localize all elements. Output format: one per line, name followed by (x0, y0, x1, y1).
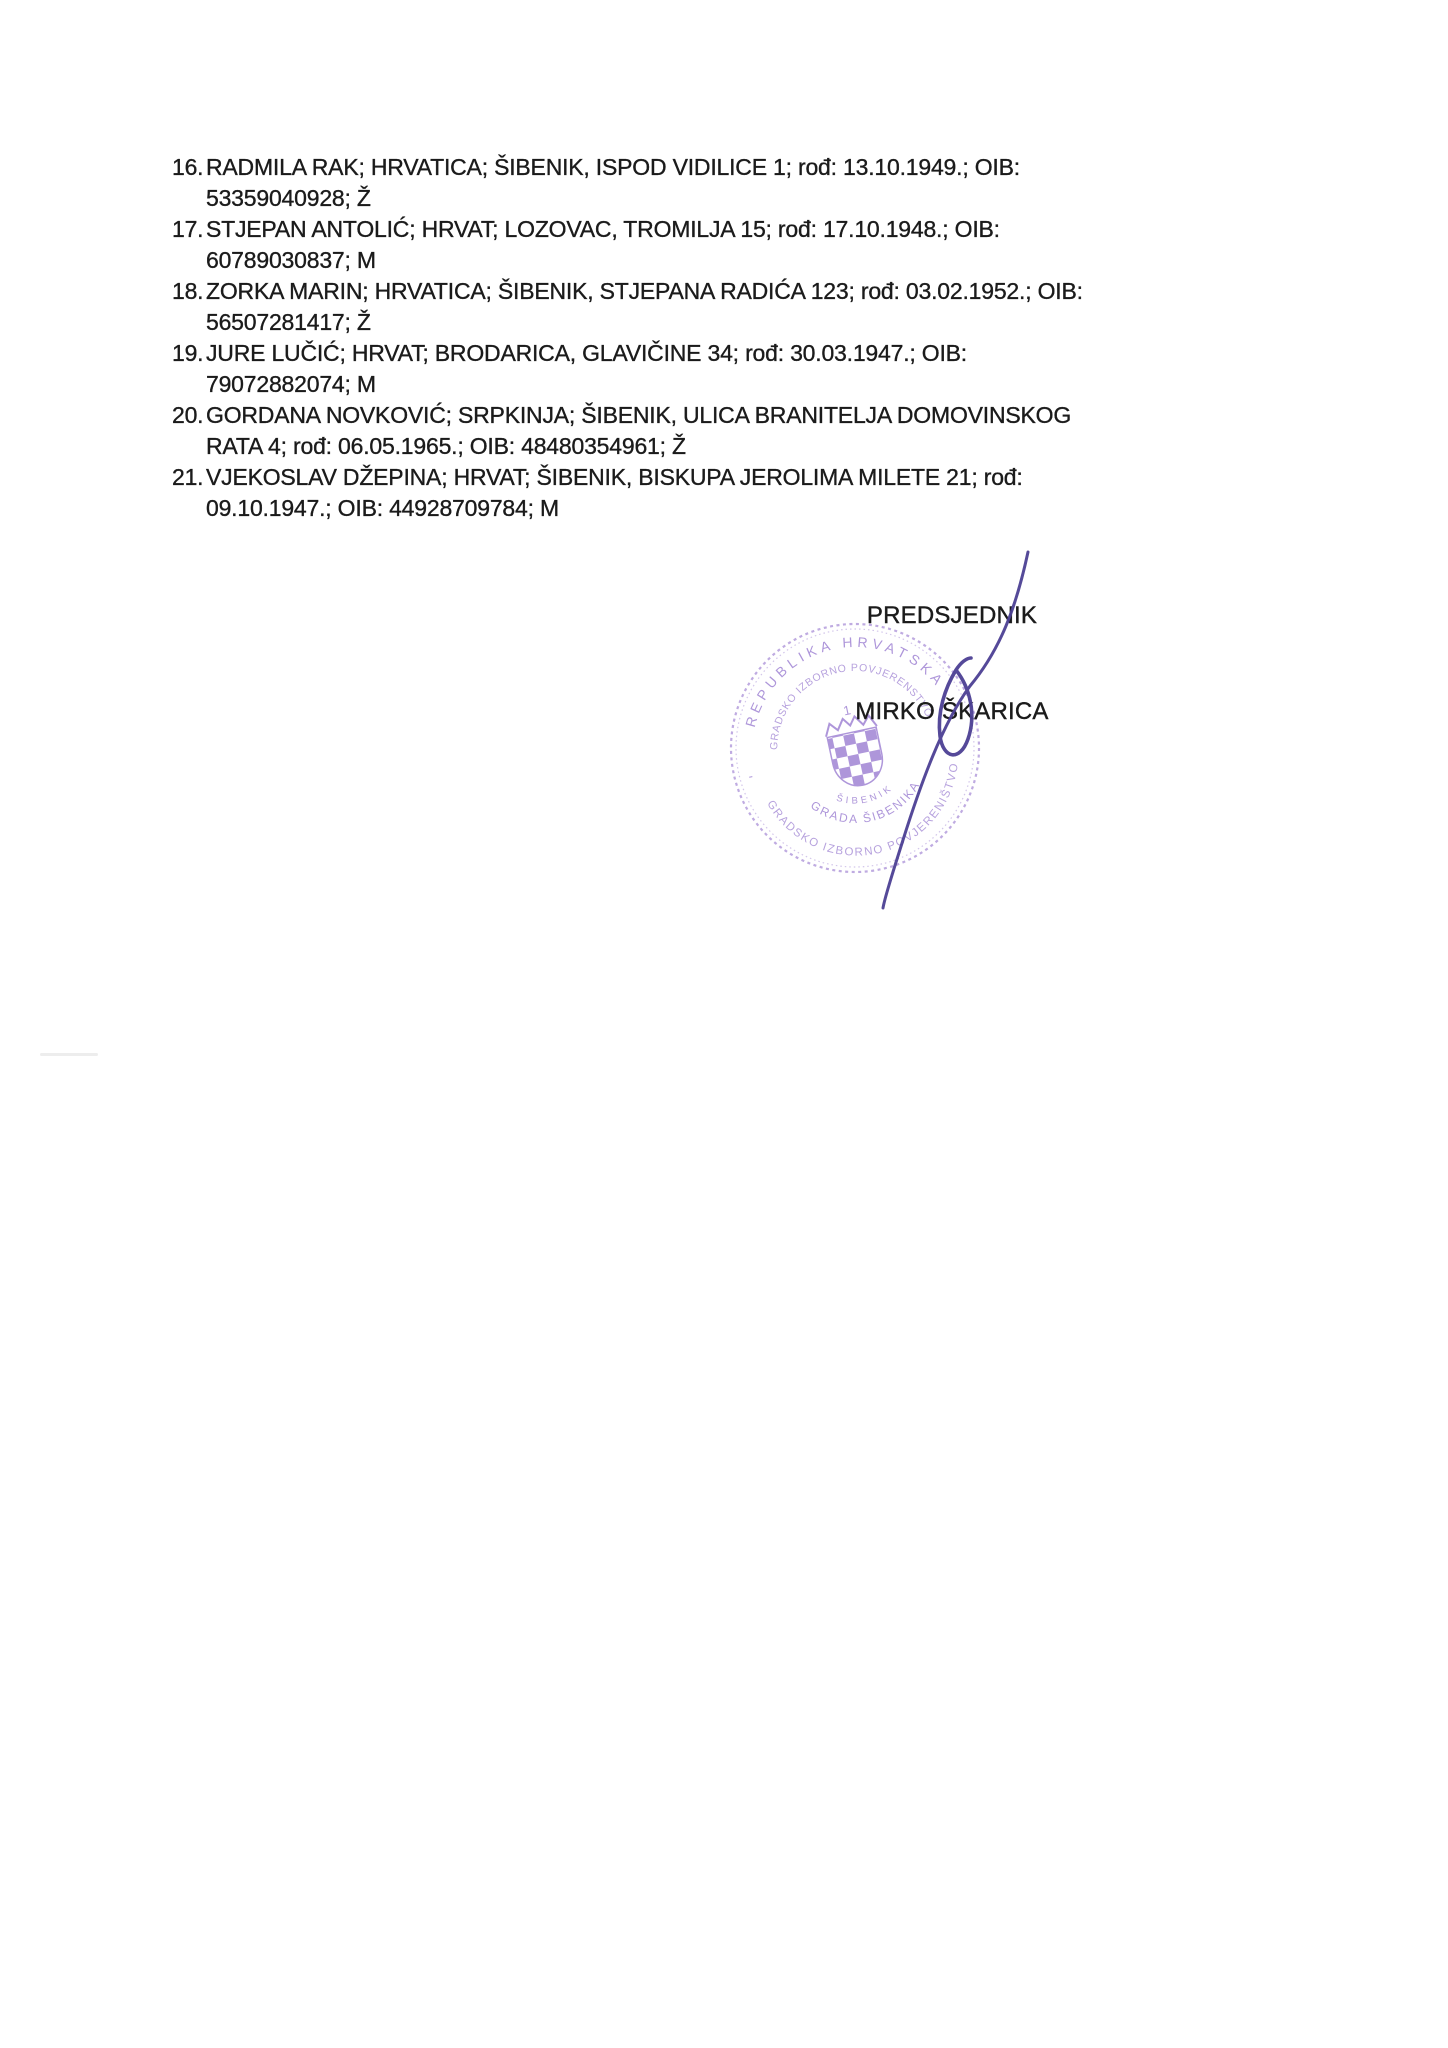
item-line1: RADMILA RAK; HRVATICA; ŠIBENIK, ISPOD VI… (206, 152, 1020, 183)
item-line2: 09.10.1947.; OIB: 44928709784; M (206, 493, 1023, 524)
handwritten-signature (860, 540, 1060, 920)
list-item: 16. RADMILA RAK; HRVATICA; ŠIBENIK, ISPO… (172, 152, 1332, 214)
list-item: 17. STJEPAN ANTOLIĆ; HRVAT; LOZOVAC, TRO… (172, 214, 1332, 276)
item-number: 19. (172, 338, 206, 400)
item-line1: GORDANA NOVKOVIĆ; SRPKINJA; ŠIBENIK, ULI… (206, 400, 1071, 431)
list-item: 19. JURE LUČIĆ; HRVAT; BRODARICA, GLAVIČ… (172, 338, 1332, 400)
item-line1: STJEPAN ANTOLIĆ; HRVAT; LOZOVAC, TROMILJ… (206, 214, 1000, 245)
signature-main-stroke (883, 552, 1028, 908)
item-line1: ZORKA MARIN; HRVATICA; ŠIBENIK, STJEPANA… (206, 276, 1083, 307)
list-item: 20. GORDANA NOVKOVIĆ; SRPKINJA; ŠIBENIK,… (172, 400, 1332, 462)
item-line2: 56507281417; Ž (206, 307, 1083, 338)
item-number: 18. (172, 276, 206, 338)
item-number: 21. (172, 462, 206, 524)
item-text: VJEKOSLAV DŽEPINA; HRVAT; ŠIBENIK, BISKU… (206, 462, 1023, 524)
document-page: 16. RADMILA RAK; HRVATICA; ŠIBENIK, ISPO… (0, 0, 1448, 2048)
scan-artifact (40, 1053, 98, 1056)
stamp-separator: - (747, 768, 754, 784)
item-line1: VJEKOSLAV DŽEPINA; HRVAT; ŠIBENIK, BISKU… (206, 462, 1023, 493)
list-item: 18. ZORKA MARIN; HRVATICA; ŠIBENIK, STJE… (172, 276, 1332, 338)
item-text: GORDANA NOVKOVIĆ; SRPKINJA; ŠIBENIK, ULI… (206, 400, 1071, 462)
item-number: 20. (172, 400, 206, 462)
item-number: 17. (172, 214, 206, 276)
item-text: ZORKA MARIN; HRVATICA; ŠIBENIK, STJEPANA… (206, 276, 1083, 338)
item-text: STJEPAN ANTOLIĆ; HRVAT; LOZOVAC, TROMILJ… (206, 214, 1000, 276)
item-line2: 53359040928; Ž (206, 183, 1020, 214)
person-list: 16. RADMILA RAK; HRVATICA; ŠIBENIK, ISPO… (172, 152, 1332, 524)
item-text: JURE LUČIĆ; HRVAT; BRODARICA, GLAVIČINE … (206, 338, 967, 400)
item-line2: RATA 4; rođ: 06.05.1965.; OIB: 484803549… (206, 431, 1071, 462)
item-line1: JURE LUČIĆ; HRVAT; BRODARICA, GLAVIČINE … (206, 338, 967, 369)
item-number: 16. (172, 152, 206, 214)
item-text: RADMILA RAK; HRVATICA; ŠIBENIK, ISPOD VI… (206, 152, 1020, 214)
item-line2: 79072882074; M (206, 369, 967, 400)
item-line2: 60789030837; M (206, 245, 1000, 276)
list-item: 21. VJEKOSLAV DŽEPINA; HRVAT; ŠIBENIK, B… (172, 462, 1332, 524)
